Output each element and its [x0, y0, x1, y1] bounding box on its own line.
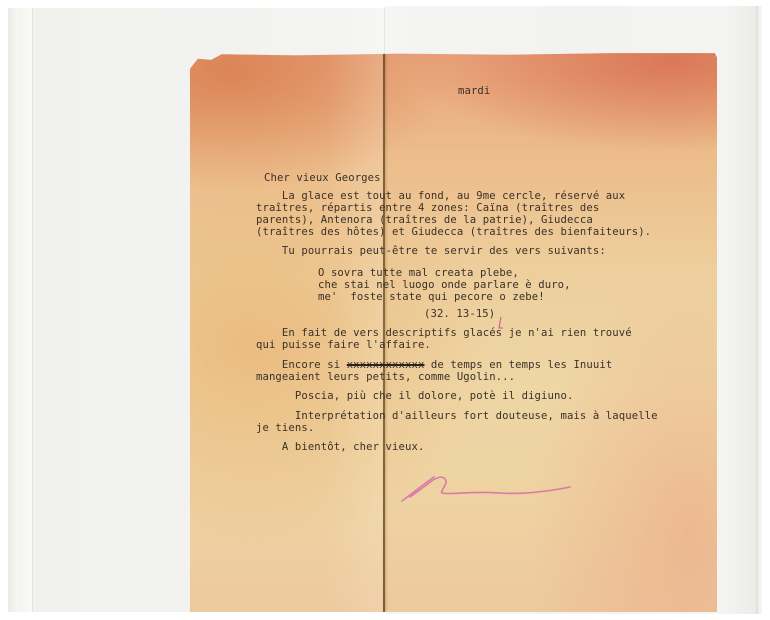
- signature-icon: [400, 465, 600, 510]
- text-line: mangeaient leurs petits, comme Ugolin...: [256, 371, 515, 384]
- text-line: je tiens.: [256, 422, 314, 435]
- text-line: La glace est tout au fond, au 9me cercle…: [256, 190, 625, 203]
- salutation: Cher vieux Georges: [264, 172, 381, 185]
- text-line: En fait de vers descriptifs glacés je n'…: [256, 327, 632, 340]
- text-fragment: Encore si: [256, 359, 347, 371]
- page-edge: [18, 8, 33, 612]
- text-line: Interprétation d'ailleurs fort douteuse,…: [256, 410, 658, 423]
- date-line: mardi: [458, 85, 490, 98]
- paragraph-5: Poscia, più che il dolore, potè il digiu…: [256, 390, 573, 403]
- verse-line: O sovra tutte mal creata plebe,: [318, 267, 519, 280]
- paragraph-2: Tu pourrais peut-être te servir des vers…: [256, 245, 606, 258]
- closing-line: A bientôt, cher vieux.: [256, 441, 424, 454]
- verse-line: che stai nel luogo onde parlare è duro,: [318, 279, 571, 292]
- text-line: traîtres, répartis entre 4 zones: Caïna …: [256, 202, 599, 215]
- text-line: (traîtres des hôtes) et Giudecca (traîtr…: [256, 226, 651, 239]
- citation: (32. 13-15): [424, 308, 495, 321]
- book-spread: mardi Cher vieux Georges La glace est to…: [0, 0, 770, 620]
- correction-mark-icon: [496, 316, 504, 330]
- page-edge: [756, 6, 758, 614]
- verse-line: me' foste state qui pecore o zebe!: [318, 291, 545, 304]
- text-fragment: de temps en temps les Inuuit: [424, 359, 612, 371]
- struck-out-text: xxxxxxxxxxxx: [347, 359, 425, 371]
- text-line: qui puisse faire l'affaire.: [256, 339, 431, 352]
- text-line: Encore si xxxxxxxxxxxx de temps en temps…: [256, 359, 612, 372]
- text-line: parents), Antenora (traîtres de la patri…: [256, 214, 593, 227]
